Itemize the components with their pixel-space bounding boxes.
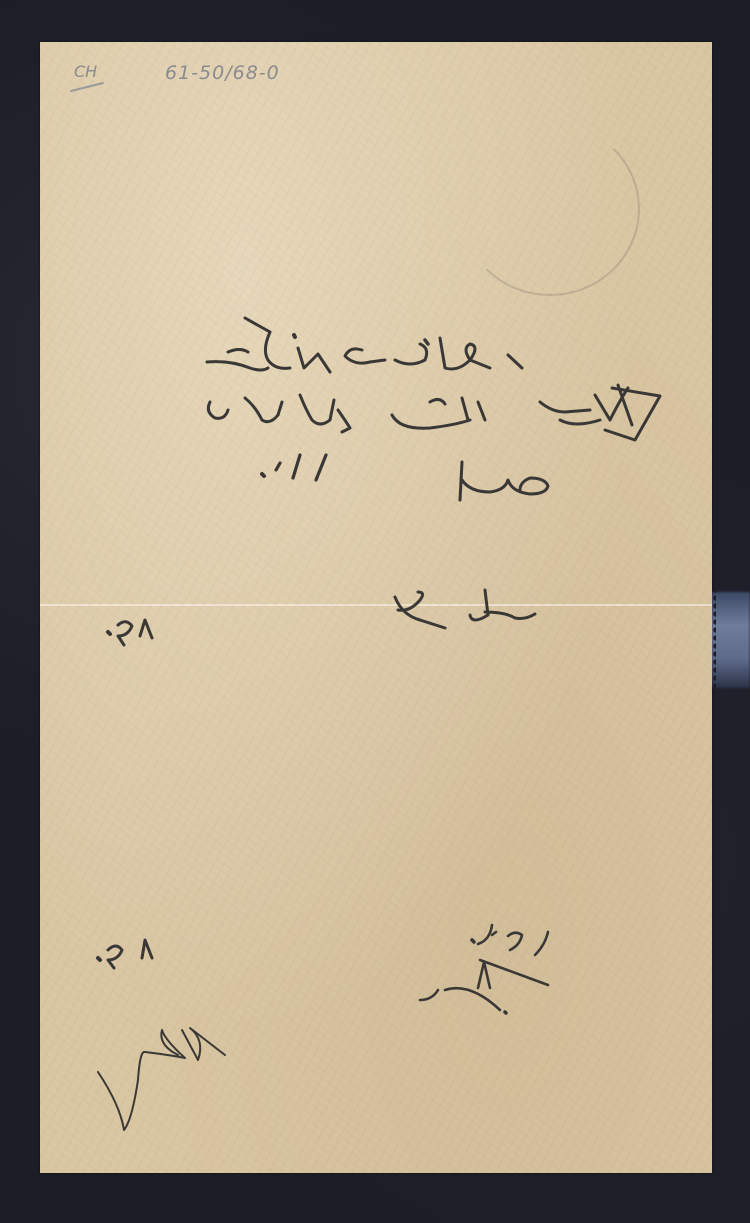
handwriting-line-4 — [460, 462, 548, 500]
handwriting-text-fraction-top: رو٢ — [470, 930, 472, 931]
handwriting-text-signature: signature — [100, 1060, 105, 1061]
handwriting-line-1 — [207, 318, 522, 372]
handwriting-signature — [98, 1028, 225, 1130]
handwriting-text-number: ١١٠ — [260, 460, 262, 461]
handwriting-text-line-2: الاجتماعيه رلاله صفحه — [220, 400, 229, 401]
handwriting-left-number-lower — [98, 940, 152, 968]
handwriting-text-left-lower: ٨٩٠ — [100, 945, 102, 946]
handwriting-left-number-upper — [108, 620, 152, 645]
handwriting-text-line-4: صيد — [460, 470, 462, 471]
handwriting-number-110 — [262, 455, 326, 480]
handwriting-line-2 — [208, 385, 660, 440]
handwriting-fraction — [420, 925, 548, 1013]
handwriting-text-line-1: اعطاء نفسه نكتث — [220, 330, 227, 331]
handwriting-strokes — [0, 0, 750, 1223]
handwriting-text-line-5: محل كلو — [395, 600, 399, 601]
handwriting-text-left-upper: ٨٩٠ — [105, 625, 107, 626]
handwriting-line-5 — [395, 590, 535, 628]
handwriting-text-fraction-bottom: ٨ر٦ — [430, 985, 432, 986]
